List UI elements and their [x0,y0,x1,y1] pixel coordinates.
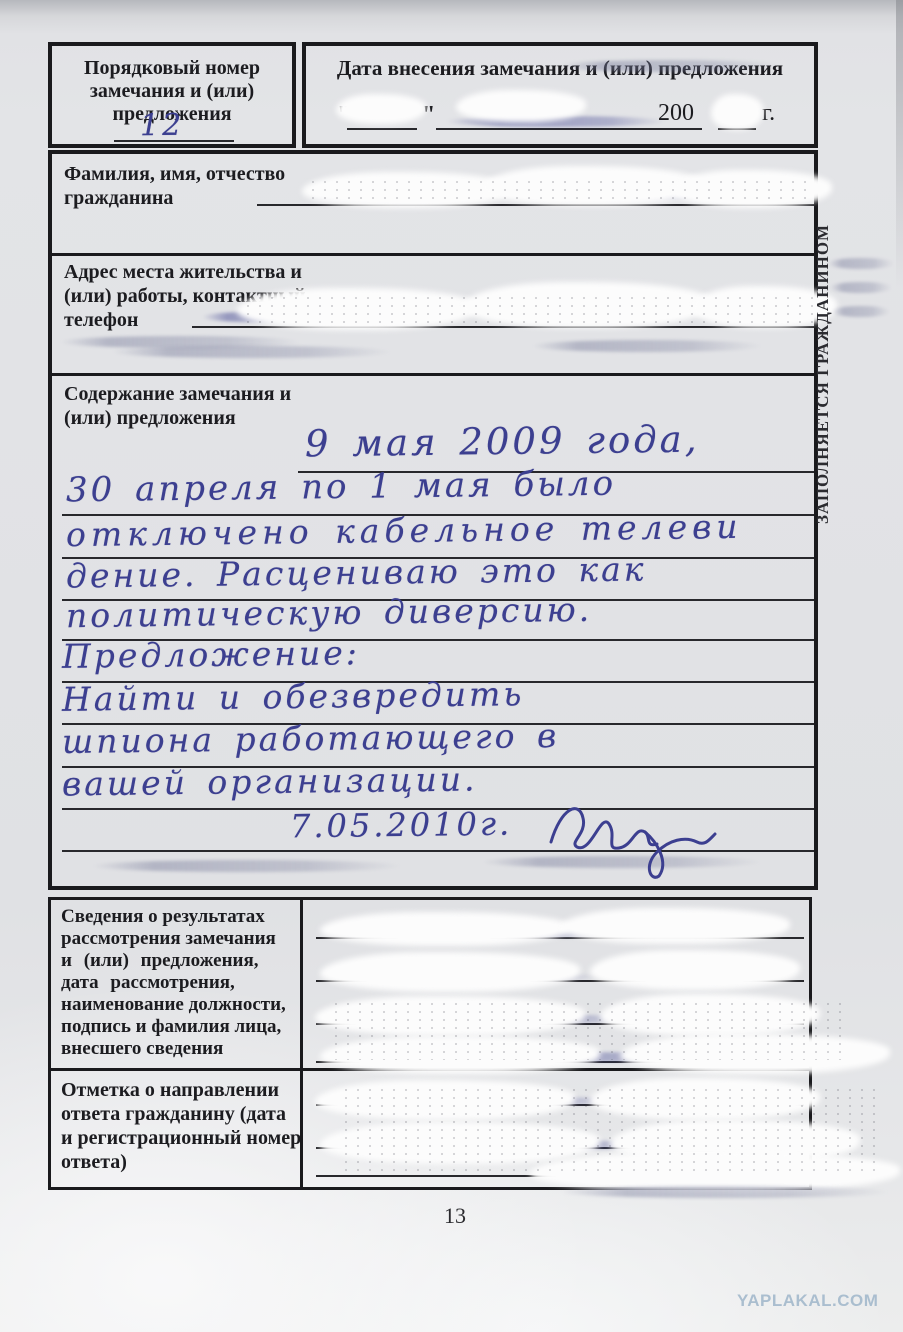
reply-label-line: ответа гражданину (дата [61,1102,286,1126]
date-year-prefix: 200 [658,100,694,127]
censor-blob [320,912,570,946]
results-label-line: рассмотрения замечания [61,928,276,951]
serial-label-line: замечания и (или) [52,79,292,103]
address-label-line: Адрес места жительства и [64,260,302,284]
name-label-line: гражданина [64,186,173,210]
censor-specks [330,1000,850,1060]
handwriting-line: дение. Расцениваю это как [66,549,647,595]
handwriting-date: 7.05.2010г. [290,805,513,846]
reply-label-line: и регистрационный номер [61,1126,301,1150]
date-month-underline [436,128,702,130]
results-label-line: наименование должности, [61,994,286,1017]
results-label-line: Сведения о результатах [61,906,265,929]
results-label-line: дата рассмотрения, [61,972,235,995]
content-label-line: (или) предложения [64,406,236,430]
address-label-line: телефон [64,308,138,332]
scanned-form-page: Порядковый номер замечания и (или) предл… [0,0,903,1332]
bleed-through-mark [830,282,892,293]
handwriting-line: 30 апреля по 1 мая было [66,464,617,511]
serial-handwritten-value: 12 [140,108,185,144]
name-label-line: Фамилия, имя, отчество [64,162,285,186]
censor-blob [336,94,426,124]
content-label-line: Содержание замечания и [64,382,291,406]
censor-blob [456,90,586,122]
reply-label-line: ответа) [61,1150,127,1174]
page-edge-shadow [896,0,903,290]
handwriting-line: 9 мая 2009 года, [305,418,700,466]
censor-specks [307,178,807,204]
page-number: 13 [425,1203,485,1229]
handwriting-line: политическую диверсию. [66,590,593,635]
censor-blob [560,908,790,944]
bleed-through-mark [92,860,402,872]
bleed-through-mark [828,258,894,269]
bleed-through-mark [560,1186,890,1198]
handwriting-line: отключено кабельное телеви [66,507,743,554]
results-label-line: внесшего сведения [61,1038,223,1061]
signature [545,792,720,884]
censor-specks [340,1086,880,1176]
bleed-through-mark [832,306,890,317]
filled-by-citizen-vertical-label: ЗАПОЛНЯЕТСЯ ГРАЖДАНИНОМ [813,254,835,524]
handwriting-line: Найти и обезвредить [62,674,525,719]
reply-label-line: Отметка о направлении [61,1078,279,1102]
handwriting-line: вашей организации. [62,759,478,803]
date-box: Дата внесения замечания и (или) предложе… [302,42,818,148]
censor-blob [711,94,763,130]
results-label-line: и (или) предложения, [61,950,259,973]
date-day-underline [347,128,417,130]
censor-blob [320,952,580,992]
handwriting-line: Предложение: [62,633,360,676]
handwriting-line: шпиона работающего в [62,716,560,761]
bleed-through-mark [60,336,300,348]
bleed-through-mark [560,60,780,72]
row-divider [48,253,818,256]
censor-specks [242,294,822,324]
censor-blob [590,950,800,990]
row-divider [48,373,818,376]
serial-label-line: Порядковый номер [52,56,292,80]
bleed-through-mark [532,340,762,352]
results-label-line: подпись и фамилия лица, [61,1016,281,1039]
watermark: YAPLAKAL.COM [737,1291,878,1311]
date-year-suffix: г. [762,100,775,127]
serial-number-box: Порядковый номер замечания и (или) предл… [48,42,296,148]
